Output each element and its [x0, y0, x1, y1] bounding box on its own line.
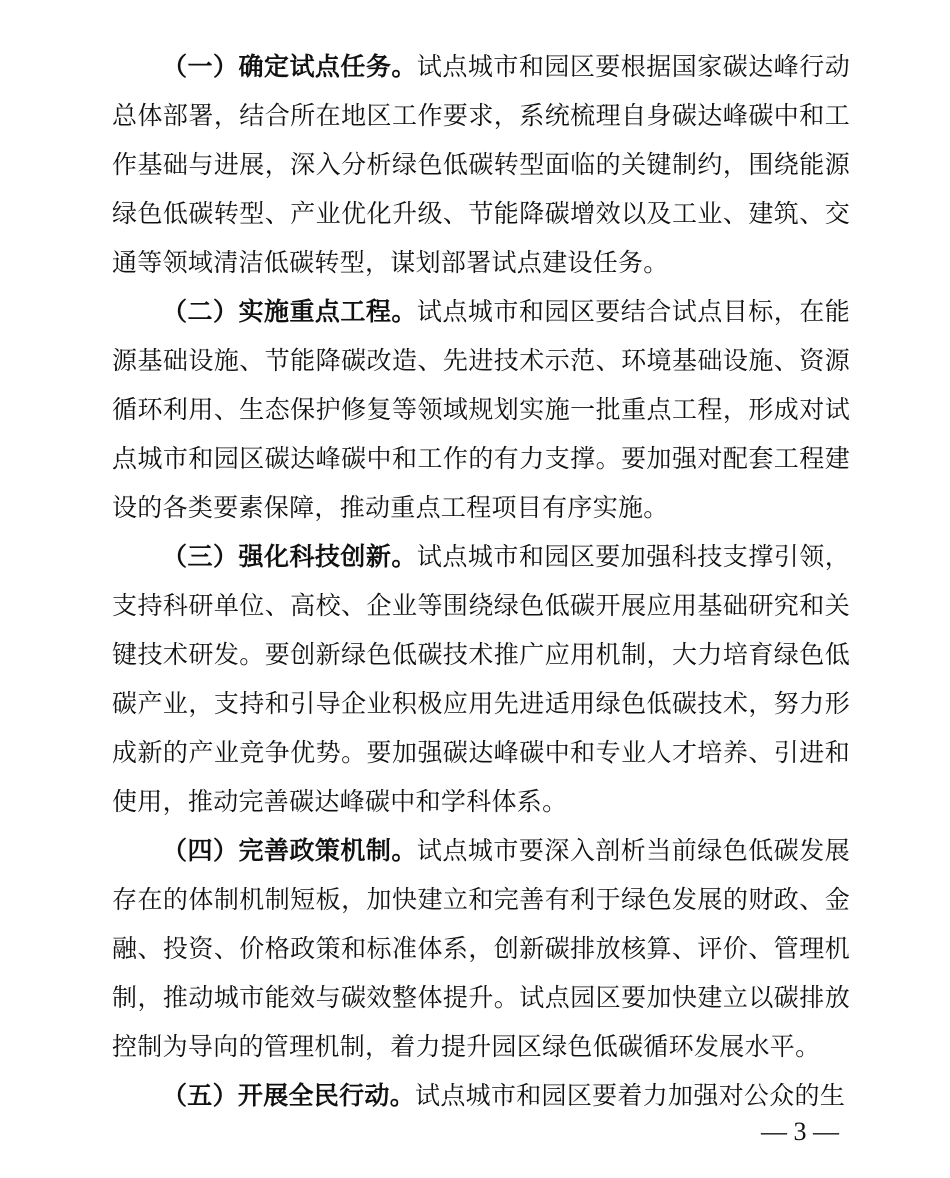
paragraph: （五）开展全民行动。试点城市和园区要着力加强对公众的生 [112, 1072, 850, 1121]
paragraph-heading: （三）强化科技创新。 [162, 543, 417, 571]
paragraph: （四）完善政策机制。试点城市要深入剖析当前绿色低碳发展存在的体制机制短板，加快建… [112, 827, 850, 1072]
paragraph-body: 试点城市和园区要着力加强对公众的生 [415, 1083, 845, 1110]
paragraph-heading: （四）完善政策机制。 [162, 837, 417, 865]
page-number: — 3 — [752, 1116, 848, 1148]
paragraph: （三）强化科技创新。试点城市和园区要加强科技支撑引领，支持科研单位、高校、企业等… [112, 533, 850, 827]
paragraph-body: 试点城市和园区要根据国家碳达峰行动总体部署，结合所在地区工作要求，系统梳理自身碳… [112, 54, 850, 277]
paragraph-body: 试点城市和园区要加强科技支撑引领，支持科研单位、高校、企业等围绕绿色低碳开展应用… [112, 544, 850, 816]
paragraph: （二）实施重点工程。试点城市和园区要结合试点目标，在能源基础设施、节能降碳改造、… [112, 288, 850, 533]
paragraph-body: 试点城市要深入剖析当前绿色低碳发展存在的体制机制短板，加快建立和完善有利于绿色发… [112, 838, 850, 1061]
paragraph-heading: （五）开展全民行动。 [162, 1082, 415, 1110]
document-page: （一）确定试点任务。试点城市和园区要根据国家碳达峰行动总体部署，结合所在地区工作… [0, 0, 950, 1178]
paragraph-heading: （二）实施重点工程。 [162, 298, 417, 326]
paragraph-body: 试点城市和园区要结合试点目标，在能源基础设施、节能降碳改造、先进技术示范、环境基… [112, 299, 850, 522]
document-body: （一）确定试点任务。试点城市和园区要根据国家碳达峰行动总体部署，结合所在地区工作… [112, 43, 850, 1121]
paragraph: （一）确定试点任务。试点城市和园区要根据国家碳达峰行动总体部署，结合所在地区工作… [112, 43, 850, 288]
paragraph-heading: （一）确定试点任务。 [162, 53, 417, 81]
